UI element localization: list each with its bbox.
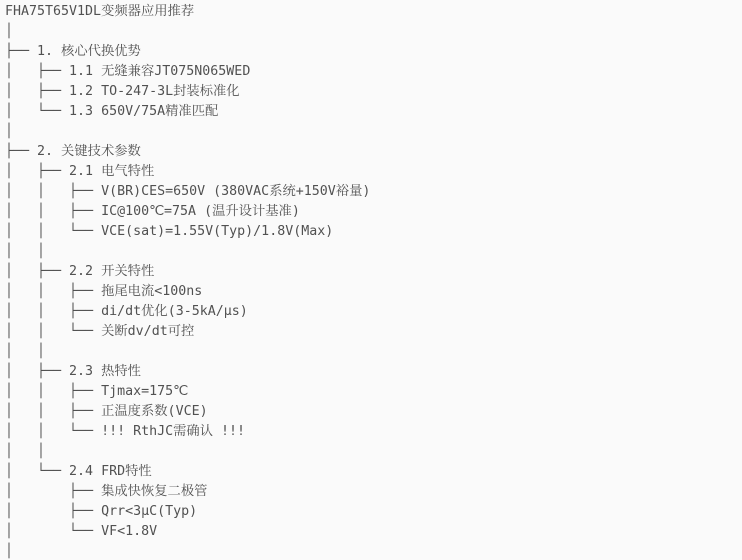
tree-label: di/dt优化(3-5kA/μs) xyxy=(101,304,248,319)
tree-label: 2.1 电气特性 xyxy=(69,164,154,179)
tree-label: 1. 核心代换优势 xyxy=(37,44,141,59)
tree-line: │ │ └── 关断dv/dt可控 xyxy=(5,322,742,342)
tree-line: ├── 1. 核心代换优势 xyxy=(5,42,742,62)
tree-connector: │ ├── xyxy=(5,264,69,279)
tree-label: 集成快恢复二极管 xyxy=(101,484,207,499)
tree-connector: │ ├── xyxy=(5,164,69,179)
tree-connector: │ xyxy=(5,24,13,39)
tree-line: │ ├── 1.1 无缝兼容JT075N065WED xyxy=(5,62,742,82)
tree-connector: │ ├── xyxy=(5,364,69,379)
tree-line: ├── 2. 关键技术参数 xyxy=(5,142,742,162)
tree-label: 正温度系数(VCE) xyxy=(101,404,208,419)
tree-line: │ │ xyxy=(5,242,742,262)
tree-label: 1.3 650V/75A精准匹配 xyxy=(69,104,218,119)
tree-label: 关断dv/dt可控 xyxy=(101,324,194,339)
tree-line: │ │ ├── IC@100℃=75A (温升设计基准) xyxy=(5,202,742,222)
tree-line: │ └── 1.3 650V/75A精准匹配 xyxy=(5,102,742,122)
tree-connector: │ ├── xyxy=(5,84,69,99)
tree-connector: │ xyxy=(5,124,13,139)
tree-label: 拖尾电流<100ns xyxy=(101,284,202,299)
tree-line: │ ├── 2.3 热特性 xyxy=(5,362,742,382)
tree-label: 2.2 开关特性 xyxy=(69,264,154,279)
tree-label: Qrr<3μC(Typ) xyxy=(101,504,197,519)
tree-label: 2.4 FRD特性 xyxy=(69,464,152,479)
tree-label: V(BR)CES=650V (380VAC系统+150V裕量) xyxy=(101,184,370,199)
tree-line: │ └── VF<1.8V xyxy=(5,522,742,542)
tree-line: │ xyxy=(5,542,742,560)
tree-label: !!! RthJC需确认 !!! xyxy=(101,424,245,439)
tree-connector: │ ├── xyxy=(5,484,101,499)
tree-connector: │ │ ├── xyxy=(5,304,101,319)
tree-connector: │ xyxy=(5,544,13,559)
tree-connector: │ │ ├── xyxy=(5,384,101,399)
tree-label: VCE(sat)=1.55V(Typ)/1.8V(Max) xyxy=(101,224,333,239)
tree-line: │ xyxy=(5,22,742,42)
tree-line: │ xyxy=(5,122,742,142)
tree-connector: ├── xyxy=(5,44,37,59)
tree-label: VF<1.8V xyxy=(101,524,157,539)
tree-line: │ ├── 2.1 电气特性 xyxy=(5,162,742,182)
tree-line: │ └── 2.4 FRD特性 xyxy=(5,462,742,482)
tree-connector: │ └── xyxy=(5,524,101,539)
text-document: FHA75T65V1DL变频器应用推荐 │├── 1. 核心代换优势│ ├── … xyxy=(0,0,742,560)
tree-connector: │ └── xyxy=(5,464,69,479)
tree-connector: ├── xyxy=(5,144,37,159)
tree-label: IC@100℃=75A (温升设计基准) xyxy=(101,204,300,219)
tree-connector: │ └── xyxy=(5,104,69,119)
tree-label: 2. 关键技术参数 xyxy=(37,144,141,159)
tree-connector: │ │ xyxy=(5,344,45,359)
tree-line: │ │ ├── di/dt优化(3-5kA/μs) xyxy=(5,302,742,322)
tree-line: │ ├── 集成快恢复二极管 xyxy=(5,482,742,502)
tree-line: │ ├── Qrr<3μC(Typ) xyxy=(5,502,742,522)
tree-connector: │ ├── xyxy=(5,504,101,519)
tree-connector: │ │ └── xyxy=(5,324,101,339)
tree-line: │ │ └── VCE(sat)=1.55V(Typ)/1.8V(Max) xyxy=(5,222,742,242)
tree-label: 1.2 TO-247-3L封装标准化 xyxy=(69,84,240,99)
tree-connector: │ │ ├── xyxy=(5,404,101,419)
document-title: FHA75T65V1DL变频器应用推荐 xyxy=(5,2,742,22)
tree-connector: │ ├── xyxy=(5,64,69,79)
tree-label: 2.3 热特性 xyxy=(69,364,141,379)
tree-body: │├── 1. 核心代换优势│ ├── 1.1 无缝兼容JT075N065WED… xyxy=(5,22,742,560)
tree-line: │ │ └── !!! RthJC需确认 !!! xyxy=(5,422,742,442)
tree-line: │ │ ├── 正温度系数(VCE) xyxy=(5,402,742,422)
tree-connector: │ │ xyxy=(5,244,45,259)
tree-connector: │ │ └── xyxy=(5,424,101,439)
tree-line: │ │ xyxy=(5,342,742,362)
tree-line: │ │ ├── Tjmax=175℃ xyxy=(5,382,742,402)
tree-label: 1.1 无缝兼容JT075N065WED xyxy=(69,64,250,79)
tree-connector: │ │ ├── xyxy=(5,184,101,199)
tree-line: │ │ ├── V(BR)CES=650V (380VAC系统+150V裕量) xyxy=(5,182,742,202)
tree-line: │ │ ├── 拖尾电流<100ns xyxy=(5,282,742,302)
tree-connector: │ │ ├── xyxy=(5,204,101,219)
tree-connector: │ │ └── xyxy=(5,224,101,239)
tree-connector: │ │ ├── xyxy=(5,284,101,299)
tree-line: │ ├── 2.2 开关特性 xyxy=(5,262,742,282)
tree-line: │ │ xyxy=(5,442,742,462)
tree-line: │ ├── 1.2 TO-247-3L封装标准化 xyxy=(5,82,742,102)
tree-label: Tjmax=175℃ xyxy=(101,384,188,399)
tree-connector: │ │ xyxy=(5,444,45,459)
